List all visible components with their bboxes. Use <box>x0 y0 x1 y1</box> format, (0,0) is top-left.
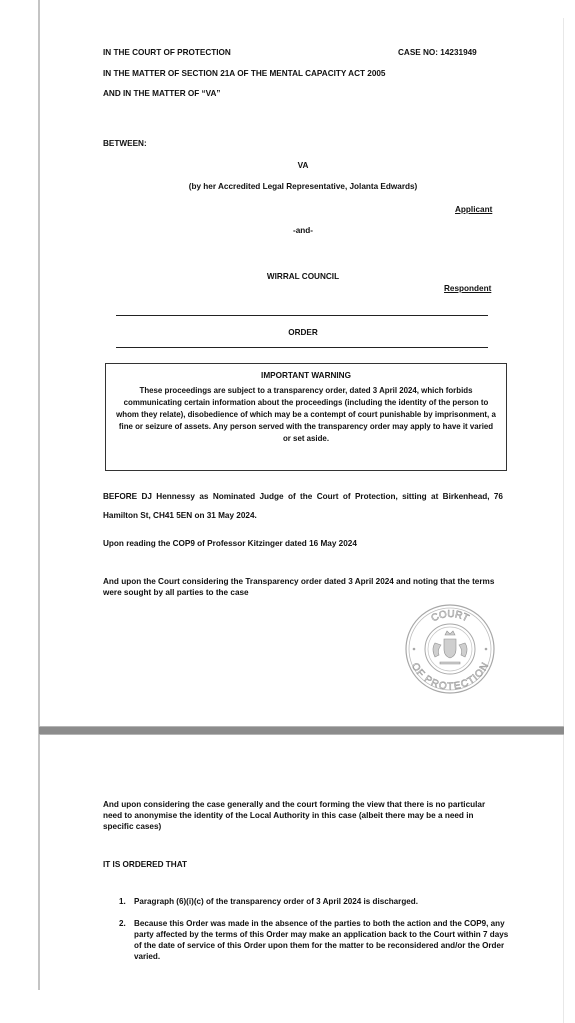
warning-title: IMPORTANT WARNING <box>106 371 506 380</box>
page-left-edge <box>38 0 40 990</box>
ordered-heading: IT IS ORDERED THAT <box>103 859 187 870</box>
matter-line-1: IN THE MATTER OF SECTION 21A OF THE MENT… <box>103 68 386 79</box>
respondent-label: Respondent <box>444 283 491 294</box>
warning-body: These proceedings are subject to a trans… <box>116 385 496 445</box>
svg-text:COURT: COURT <box>430 609 471 624</box>
order-item-text: Paragraph (6)(i)(c) of the transparency … <box>134 896 509 907</box>
important-warning-box: IMPORTANT WARNING These proceedings are … <box>105 363 507 471</box>
divider-top <box>116 315 488 316</box>
case-number: CASE NO: 14231949 <box>398 47 477 58</box>
recital-before: BEFORE DJ Hennessy as Nominated Judge of… <box>103 487 503 525</box>
order-item: 2. Because this Order was made in the ab… <box>119 918 509 962</box>
order-item-number: 1. <box>119 896 126 907</box>
order-item-number: 2. <box>119 918 126 929</box>
and-separator: -and- <box>103 225 503 236</box>
court-of-protection-seal: COURT OF PROTECTION <box>401 603 499 696</box>
page-right-edge <box>563 18 564 1023</box>
recital-cop9: Upon reading the COP9 of Professor Kitzi… <box>103 538 503 549</box>
matter-line-2: AND IN THE MATTER OF “VA” <box>103 88 221 99</box>
recital-transparency: And upon the Court considering the Trans… <box>103 576 508 598</box>
coat-of-arms-icon <box>433 631 467 664</box>
applicant-label: Applicant <box>455 204 492 215</box>
order-item: 1. Paragraph (6)(i)(c) of the transparen… <box>119 896 509 907</box>
divider-bottom <box>116 347 488 348</box>
applicant-name: VA <box>103 160 503 171</box>
order-item-text: Because this Order was made in the absen… <box>134 918 509 962</box>
recital-local-authority: And upon considering the case generally … <box>103 799 505 832</box>
page-separator <box>39 726 564 735</box>
svg-text:OF PROTECTION: OF PROTECTION <box>409 661 491 692</box>
respondent-name: WIRRAL COUNCIL <box>103 271 503 282</box>
between-label: BETWEEN: <box>103 138 147 149</box>
court-name: IN THE COURT OF PROTECTION <box>103 47 231 58</box>
order-title: ORDER <box>103 327 503 338</box>
applicant-representative: (by her Accredited Legal Representative,… <box>103 181 503 192</box>
